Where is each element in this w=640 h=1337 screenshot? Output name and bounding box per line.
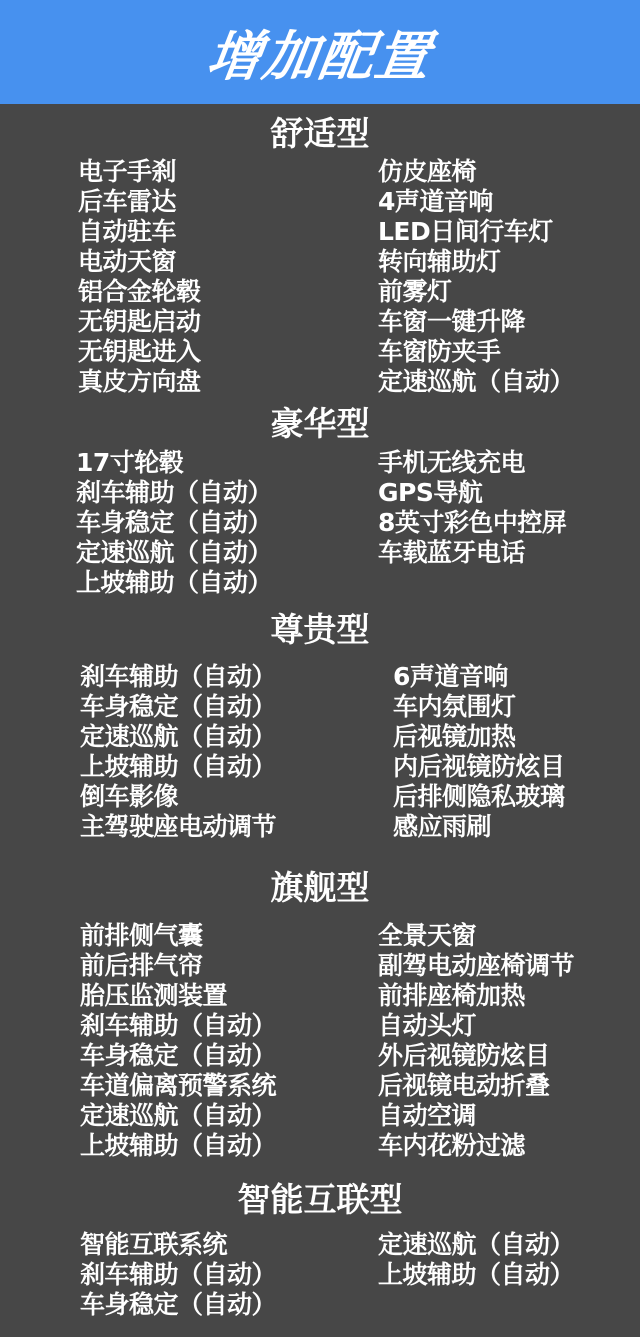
list-item: 上坡辅助（自动）: [80, 752, 276, 782]
header-banner: 增加配置: [0, 0, 640, 104]
list-item: 17寸轮毂: [76, 448, 272, 478]
list-item: 刹车辅助（自动）: [76, 478, 272, 508]
list-item: 刹车辅助（自动）: [80, 1260, 276, 1290]
list-item: 电子手刹: [78, 157, 201, 187]
list-item: 副驾电动座椅调节: [378, 951, 574, 981]
list-item: 自动驻车: [78, 217, 201, 247]
list-item: 定速巡航（自动）: [378, 367, 574, 397]
list-item: 仿皮座椅: [378, 157, 574, 187]
section-comfort-right-list: 仿皮座椅 4声道音响 LED日间行车灯 转向辅助灯 前雾灯 车窗一键升降 车窗防…: [378, 157, 574, 397]
list-item: 铝合金轮毂: [78, 277, 201, 307]
list-item: 前后排气帘: [80, 951, 276, 981]
section-title-flagship: 旗舰型: [0, 868, 640, 908]
list-item: 内后视镜防炫目: [393, 752, 565, 782]
list-item: 手机无线充电: [378, 448, 566, 478]
list-item: GPS导航: [378, 478, 566, 508]
list-item: 上坡辅助（自动）: [378, 1260, 574, 1290]
list-item: 智能互联系统: [80, 1230, 276, 1260]
page-title: 增加配置: [203, 14, 438, 91]
section-smart-connect-right-list: 定速巡航（自动） 上坡辅助（自动）: [378, 1230, 574, 1290]
list-item: 前排侧气囊: [80, 921, 276, 951]
list-item: 全景天窗: [378, 921, 574, 951]
list-item: 车内花粉过滤: [378, 1131, 574, 1161]
section-premium-right-list: 6声道音响 车内氛围灯 后视镜加热 内后视镜防炫目 后排侧隐私玻璃 感应雨刷: [393, 662, 565, 842]
list-item: 自动头灯: [378, 1011, 574, 1041]
list-item: 上坡辅助（自动）: [76, 568, 272, 598]
list-item: 车身稳定（自动）: [80, 1041, 276, 1071]
list-item: 定速巡航（自动）: [76, 538, 272, 568]
list-item: 定速巡航（自动）: [80, 1101, 276, 1131]
list-item: 车身稳定（自动）: [80, 1290, 276, 1320]
list-item: 车窗防夹手: [378, 337, 574, 367]
list-item: 4声道音响: [378, 187, 574, 217]
section-title-luxury: 豪华型: [0, 404, 640, 444]
list-item: 前雾灯: [378, 277, 574, 307]
list-item: 真皮方向盘: [78, 367, 201, 397]
section-title-comfort: 舒适型: [0, 114, 640, 154]
list-item: 无钥匙进入: [78, 337, 201, 367]
section-title-premium: 尊贵型: [0, 610, 640, 650]
list-item: 后车雷达: [78, 187, 201, 217]
list-item: 车道偏离预警系统: [80, 1071, 276, 1101]
list-item: 定速巡航（自动）: [80, 722, 276, 752]
list-item: 上坡辅助（自动）: [80, 1131, 276, 1161]
list-item: 车内氛围灯: [393, 692, 565, 722]
section-luxury-right-list: 手机无线充电 GPS导航 8英寸彩色中控屏 车载蓝牙电话: [378, 448, 566, 568]
list-item: 转向辅助灯: [378, 247, 574, 277]
list-item: 6声道音响: [393, 662, 565, 692]
section-title-smart-connect: 智能互联型: [0, 1180, 640, 1220]
list-item: 刹车辅助（自动）: [80, 1011, 276, 1041]
list-item: 无钥匙启动: [78, 307, 201, 337]
list-item: 后视镜加热: [393, 722, 565, 752]
list-item: 主驾驶座电动调节: [80, 812, 276, 842]
list-item: 车身稳定（自动）: [80, 692, 276, 722]
list-item: 前排座椅加热: [378, 981, 574, 1011]
list-item: 刹车辅助（自动）: [80, 662, 276, 692]
section-flagship-right-list: 全景天窗 副驾电动座椅调节 前排座椅加热 自动头灯 外后视镜防炫目 后视镜电动折…: [378, 921, 574, 1161]
section-comfort-left-list: 电子手刹 后车雷达 自动驻车 电动天窗 铝合金轮毂 无钥匙启动 无钥匙进入 真皮…: [78, 157, 201, 397]
list-item: 后视镜电动折叠: [378, 1071, 574, 1101]
section-luxury-left-list: 17寸轮毂 刹车辅助（自动） 车身稳定（自动） 定速巡航（自动） 上坡辅助（自动…: [76, 448, 272, 598]
list-item: 电动天窗: [78, 247, 201, 277]
list-item: 倒车影像: [80, 782, 276, 812]
list-item: 胎压监测装置: [80, 981, 276, 1011]
list-item: 车载蓝牙电话: [378, 538, 566, 568]
section-premium-left-list: 刹车辅助（自动） 车身稳定（自动） 定速巡航（自动） 上坡辅助（自动） 倒车影像…: [80, 662, 276, 842]
list-item: 定速巡航（自动）: [378, 1230, 574, 1260]
list-item: 后排侧隐私玻璃: [393, 782, 565, 812]
list-item: 车窗一键升降: [378, 307, 574, 337]
list-item: 自动空调: [378, 1101, 574, 1131]
list-item: 感应雨刷: [393, 812, 565, 842]
list-item: 车身稳定（自动）: [76, 508, 272, 538]
list-item: LED日间行车灯: [378, 217, 574, 247]
section-flagship-left-list: 前排侧气囊 前后排气帘 胎压监测装置 刹车辅助（自动） 车身稳定（自动） 车道偏…: [80, 921, 276, 1161]
list-item: 外后视镜防炫目: [378, 1041, 574, 1071]
list-item: 8英寸彩色中控屏: [378, 508, 566, 538]
section-smart-connect-left-list: 智能互联系统 刹车辅助（自动） 车身稳定（自动）: [80, 1230, 276, 1320]
